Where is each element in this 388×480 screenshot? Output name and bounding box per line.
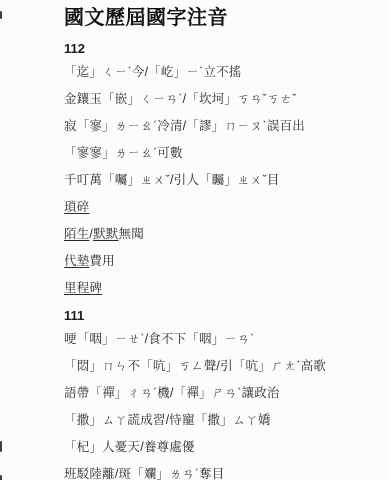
text-line: 「寥寥」ㄌㄧㄠˊ可數 (64, 147, 374, 160)
text-line: 寂「寥」ㄌㄧㄠˊ冷清/「謬」ㄇㄧㄡˋ誤百出 (64, 120, 374, 133)
text-line: 代墊費用 (64, 255, 374, 268)
scan-artifact-bottom-left-2 (0, 475, 2, 480)
text-line: 千叮萬「囑」ㄓㄨˇ/引人「矚」ㄓㄨˇ目 (64, 174, 374, 187)
text-line: 陌生/默默無聞 (64, 228, 374, 241)
entry-list-112: 「迄」ㄑㄧˋ今/「屹」ㄧˋ立不搖金鑲玉「嵌」ㄑㄧㄢˋ/「坎坷」ㄎㄢˇㄎㄜˇ寂「寥… (64, 66, 374, 295)
text-segment: 語帶「禪」ㄔㄢˊ機/「禪」ㄕㄢˋ讓政治 (64, 386, 280, 400)
underlined-term: 里程碑 (64, 281, 102, 295)
text-segment: 「迄」ㄑㄧˋ今/「屹」ㄧˋ立不搖 (64, 65, 242, 79)
scan-artifact-top-left (0, 11, 2, 19)
text-segment: 千叮萬「囑」ㄓㄨˇ/引人「矚」ㄓㄨˇ目 (64, 173, 280, 187)
text-line: 「悶」ㄇㄣ不「吭」ㄎㄥ聲/引「吭」ㄏㄤˊ高歌 (64, 360, 374, 373)
text-line: 「杞」人憂天/養尊處優 (64, 441, 374, 454)
text-segment: 無聞 (119, 227, 144, 241)
section-year-111: 111 哽「咽」ㄧㄝˋ/食不下「咽」ㄧㄢˋ「悶」ㄇㄣ不「吭」ㄎㄥ聲/引「吭」ㄏㄤ… (64, 309, 374, 480)
underlined-term: 代墊 (64, 254, 89, 268)
text-segment: 「撒」ㄙㄚ謊成習/恃寵「撒」ㄙㄚ嬌 (64, 413, 271, 427)
text-line: 「撒」ㄙㄚ謊成習/恃寵「撒」ㄙㄚ嬌 (64, 414, 374, 427)
year-heading-111: 111 (64, 309, 374, 323)
text-segment: /斑「斕」ㄌㄢˊ奪目 (115, 467, 225, 480)
scan-artifact-bottom-left-1 (0, 441, 2, 452)
text-line: 「迄」ㄑㄧˋ今/「屹」ㄧˋ立不搖 (64, 66, 374, 79)
underlined-term: 默默 (93, 227, 118, 241)
page-title: 國文歷屆國字注音 (64, 6, 374, 30)
text-segment: 「悶」ㄇㄣ不「吭」ㄎㄥ聲/引「吭」ㄏㄤˊ高歌 (64, 359, 326, 373)
underlined-term: 班駁陸離 (64, 467, 115, 480)
document-page: 國文歷屆國字注音 112 「迄」ㄑㄧˋ今/「屹」ㄧˋ立不搖金鑲玉「嵌」ㄑㄧㄢˋ/… (0, 6, 388, 480)
text-segment: 「杞」人憂天/養尊處優 (64, 440, 195, 454)
text-line: 班駁陸離/斑「斕」ㄌㄢˊ奪目 (64, 468, 374, 480)
text-line: 哽「咽」ㄧㄝˋ/食不下「咽」ㄧㄢˋ (64, 333, 374, 346)
text-segment: 哽「咽」ㄧㄝˋ/食不下「咽」ㄧㄢˋ (64, 332, 254, 346)
year-heading-112: 112 (64, 42, 374, 56)
underlined-term: 陌生 (64, 227, 89, 241)
text-line: 里程碑 (64, 282, 374, 295)
underlined-term: 瑣碎 (64, 200, 89, 214)
text-segment: 寂「寥」ㄌㄧㄠˊ冷清/「謬」ㄇㄧㄡˋ誤百出 (64, 119, 305, 133)
text-segment: 費用 (89, 254, 114, 268)
text-line: 金鑲玉「嵌」ㄑㄧㄢˋ/「坎坷」ㄎㄢˇㄎㄜˇ (64, 93, 374, 106)
section-year-112: 112 「迄」ㄑㄧˋ今/「屹」ㄧˋ立不搖金鑲玉「嵌」ㄑㄧㄢˋ/「坎坷」ㄎㄢˇㄎㄜ… (64, 42, 374, 295)
entry-list-111: 哽「咽」ㄧㄝˋ/食不下「咽」ㄧㄢˋ「悶」ㄇㄣ不「吭」ㄎㄥ聲/引「吭」ㄏㄤˊ高歌語… (64, 333, 374, 480)
text-segment: 金鑲玉「嵌」ㄑㄧㄢˋ/「坎坷」ㄎㄢˇㄎㄜˇ (64, 92, 297, 106)
text-segment: 「寥寥」ㄌㄧㄠˊ可數 (64, 146, 183, 160)
text-line: 瑣碎 (64, 201, 374, 214)
text-line: 語帶「禪」ㄔㄢˊ機/「禪」ㄕㄢˋ讓政治 (64, 387, 374, 400)
